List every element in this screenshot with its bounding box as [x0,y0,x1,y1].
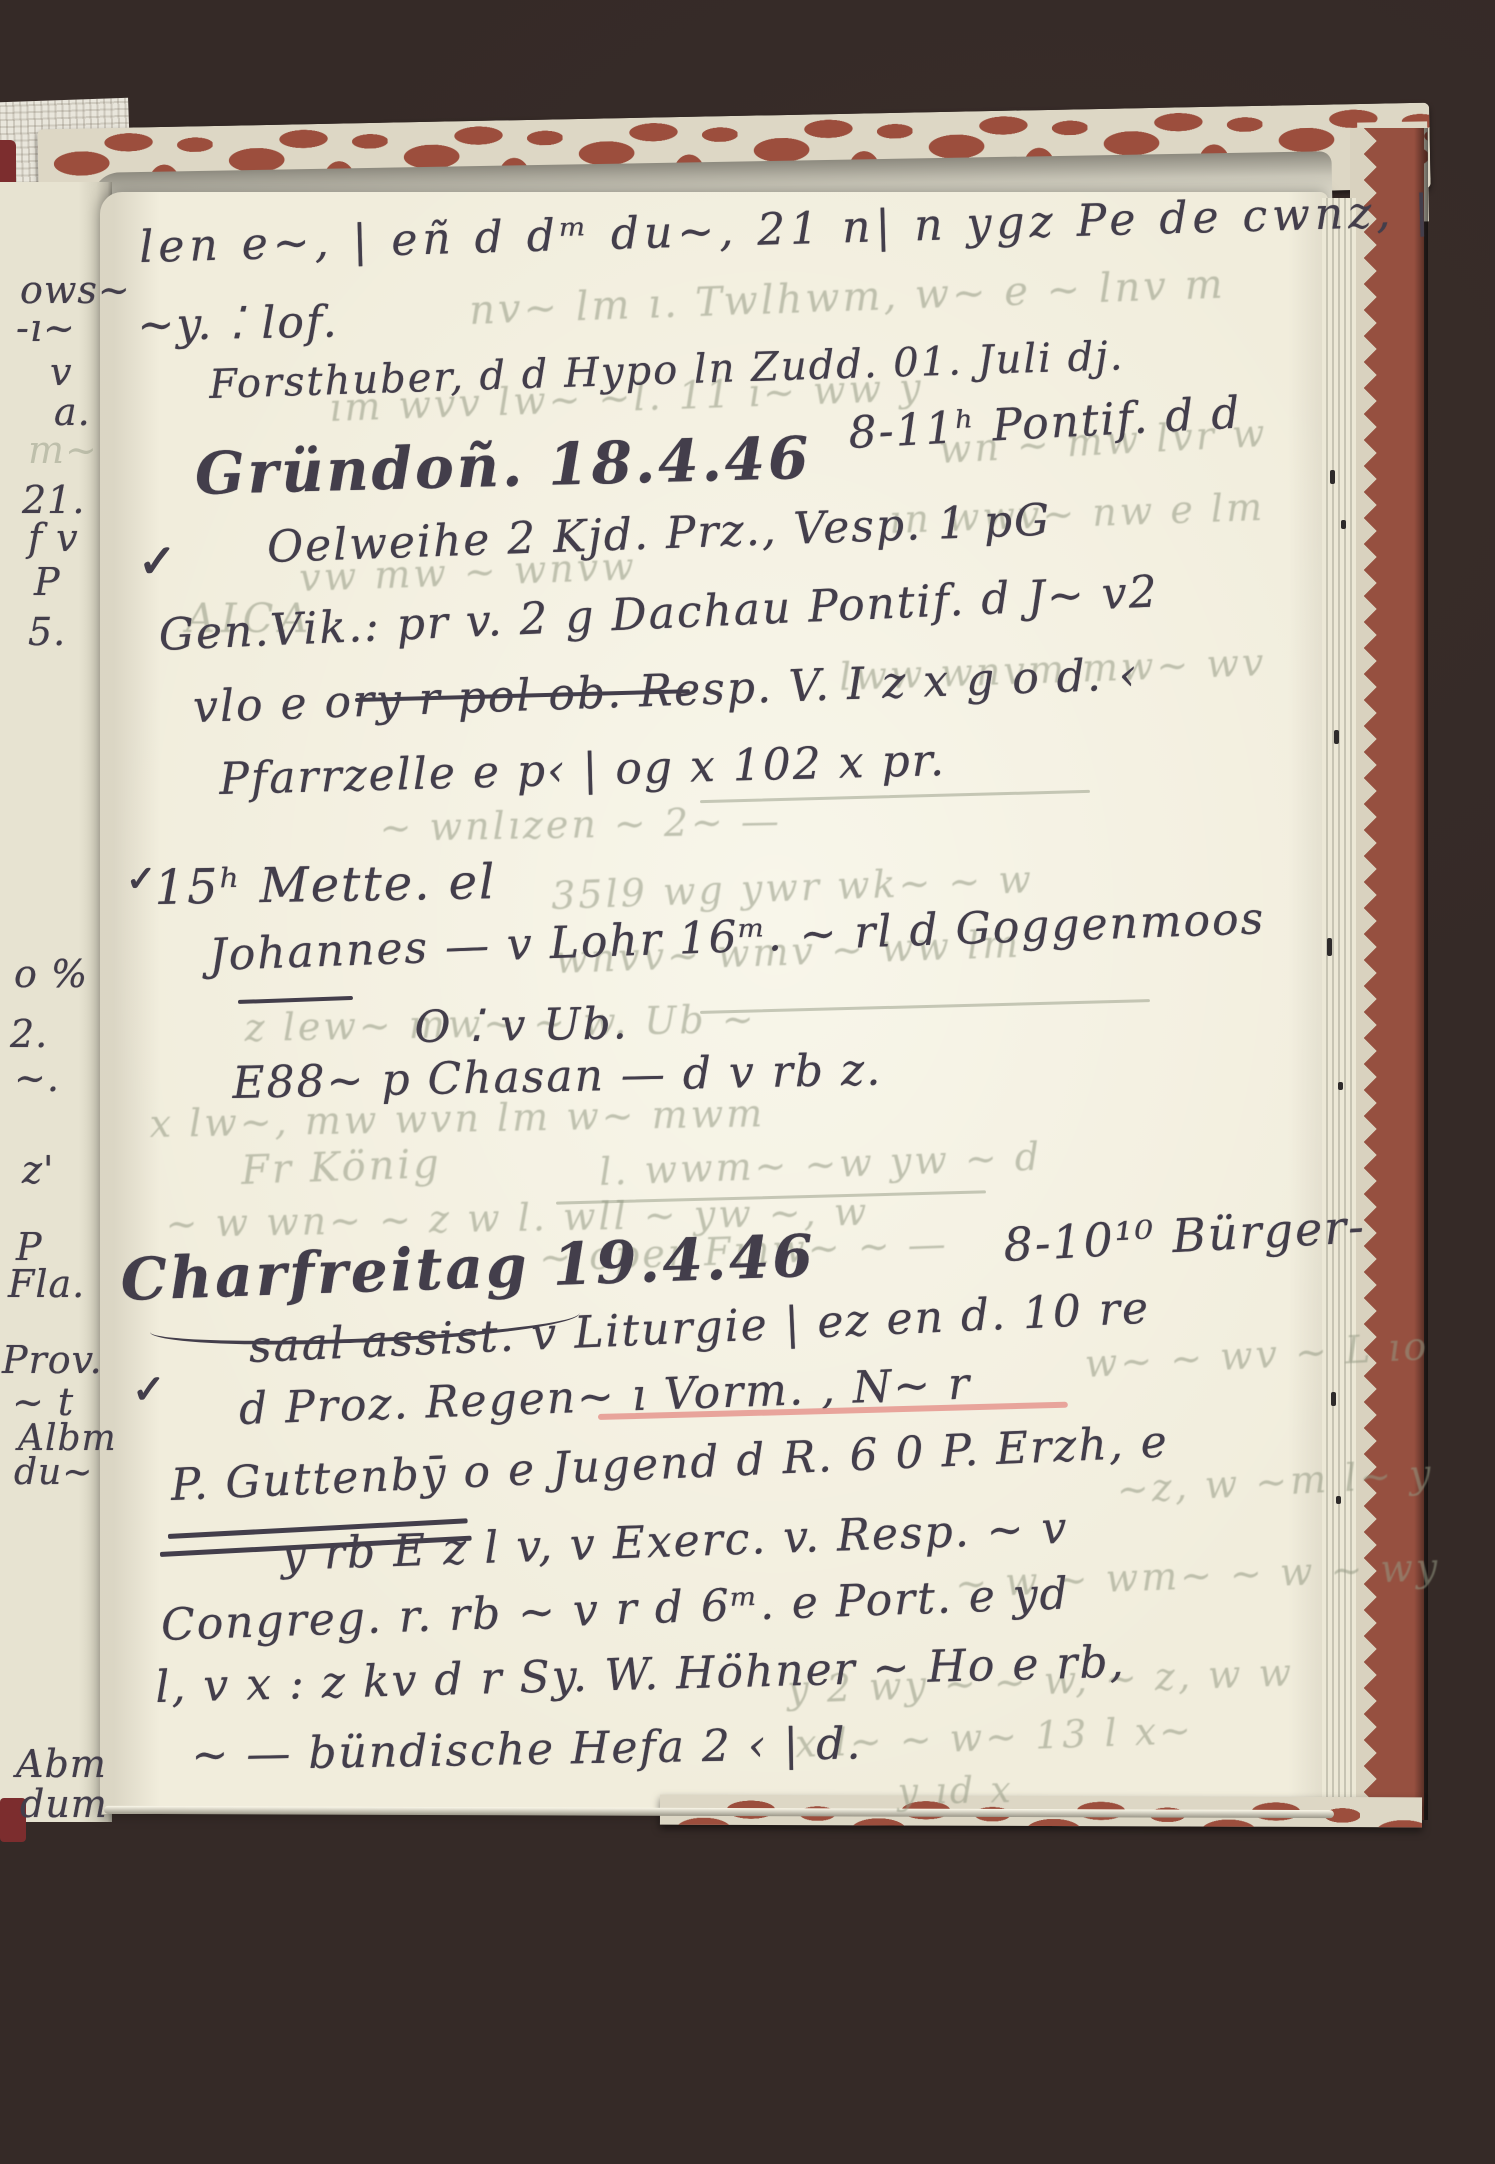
ink-speck [1330,470,1335,484]
margin-fragment: z' [22,1148,54,1192]
ink-speck [1338,1082,1343,1090]
ink-speck [1341,520,1346,529]
checkmark: ✓ [126,858,156,900]
handwriting-line: O ⁚ v Ub. [414,998,629,1053]
margin-fragment: -ı~ [16,306,76,350]
ink-speck [1334,730,1339,744]
margin-fragment: v [50,350,72,394]
bleed-through-line: Fr König [240,1141,442,1194]
margin-fragment: f v [28,516,79,560]
handwriting-line: 15ʰ Mette. el [154,854,497,916]
bleed-through-line: ~ wnlızen ∼ 2~ — [379,799,782,850]
margin-fragment: Abm [16,1742,107,1786]
margin-fragment: o % [14,952,88,996]
margin-fragment: dum [20,1782,108,1826]
margin-fragment: P [34,560,61,604]
ink-speck [1327,938,1332,956]
margin-fragment: du~ [14,1452,93,1493]
margin-fragment: 2. [10,1012,48,1056]
ink-speck [1331,1392,1336,1406]
photo-of-diary: { "document": { "kind": "handwritten dia… [0,0,1495,2164]
margin-fragment: ~. [14,1056,60,1100]
handwriting-line: ~y. ⁚ lof. [137,296,339,351]
margin-fragment: Fla. [8,1262,85,1306]
bleed-through-line: y ıd x [897,1770,1014,1813]
checkmark: ✓ [132,1366,166,1413]
margin-fragment: 5. [28,610,66,654]
checkmark: ✓ [138,534,177,588]
margin-fragment: Prov. [2,1338,103,1382]
margin-fragment: m~ [28,428,98,472]
